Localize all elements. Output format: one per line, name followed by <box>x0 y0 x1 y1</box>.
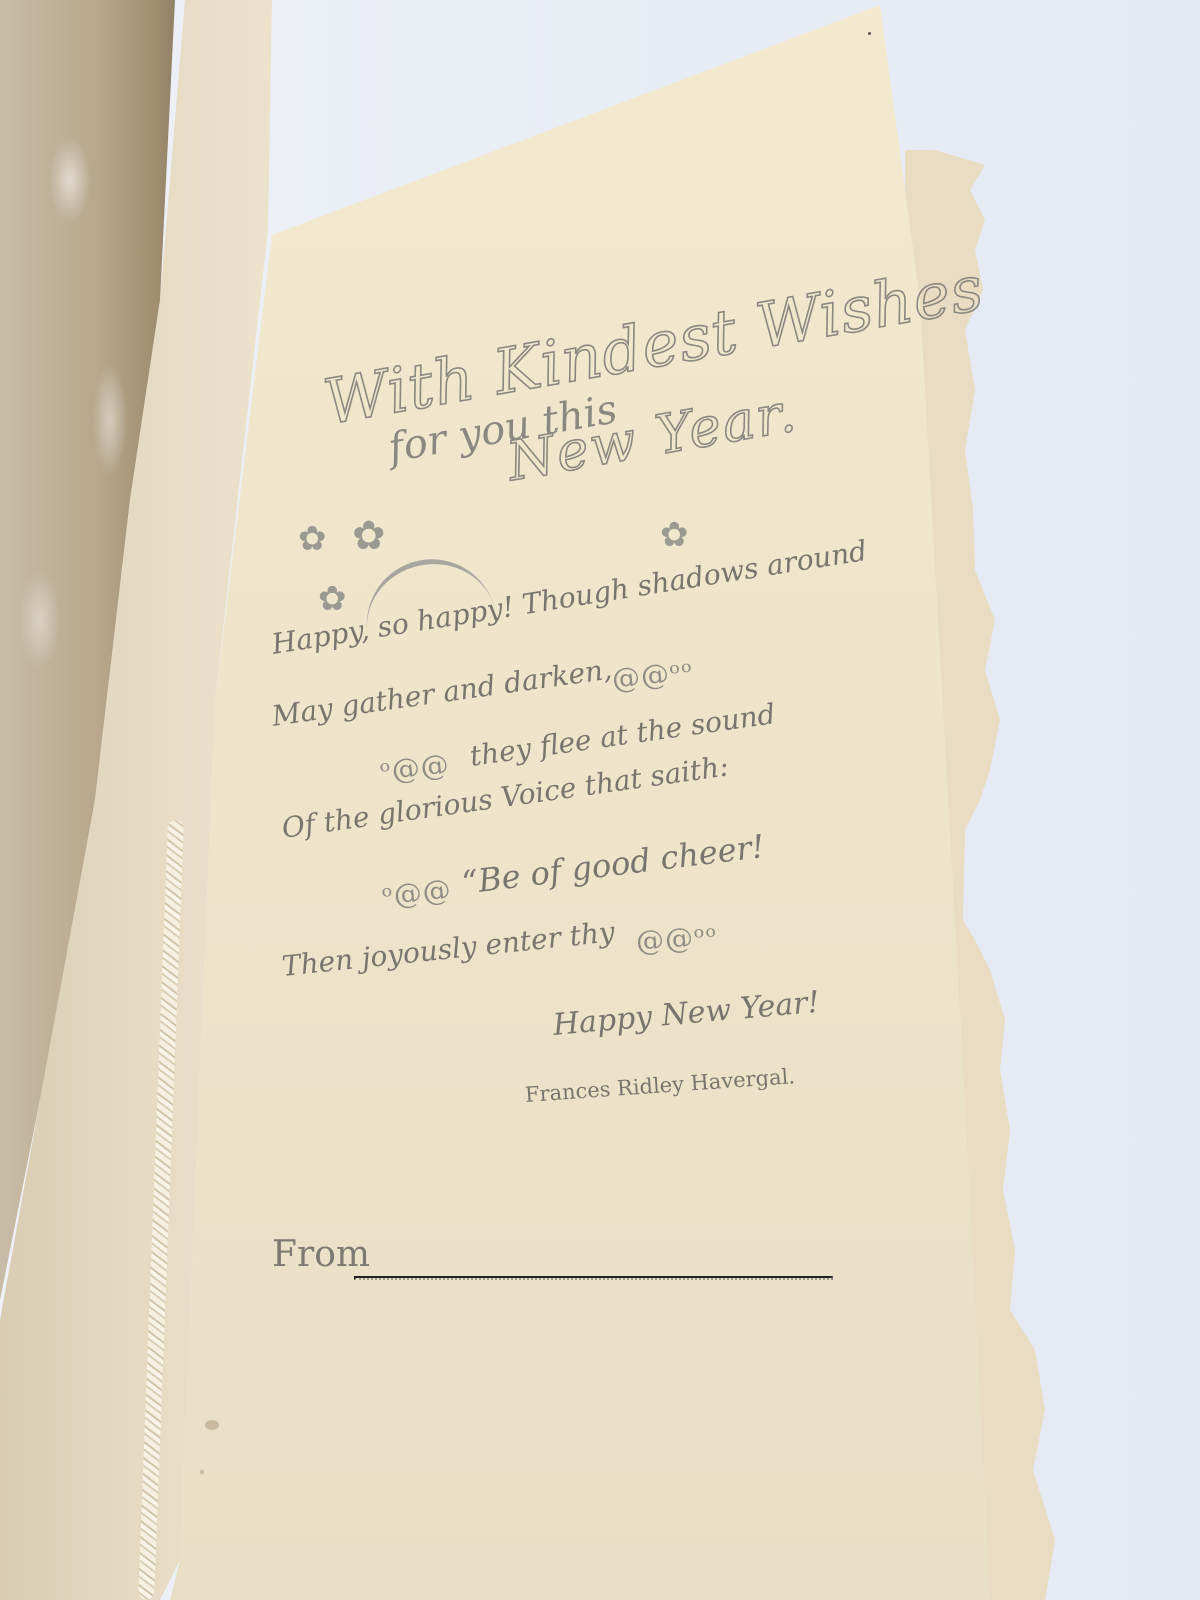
printed-content: With Kindest Wishes for you this New Yea… <box>0 0 1200 1600</box>
poem-line: Happy New Year! <box>551 985 820 1043</box>
photo-scene: With Kindest Wishes for you this New Yea… <box>0 0 1200 1600</box>
from-input[interactable] <box>354 1276 833 1280</box>
from-field-row: From <box>272 1232 832 1292</box>
poem-line: they flee at the sound <box>468 697 778 773</box>
poem-line: “Be of good cheer! <box>460 827 767 902</box>
from-label: From <box>272 1234 370 1275</box>
swirl-ornament-icon: ᵒ@@ <box>378 748 451 788</box>
poem-line: Then joyously enter thy <box>280 915 616 983</box>
poem-line: Happy, so happy! Though shadows around <box>269 534 869 661</box>
swirl-ornament-icon: @@ᵒᵒ <box>635 919 719 958</box>
author-signature: Frances Ridley Havergal. <box>524 1064 795 1107</box>
swirl-ornament-icon: @@ᵒᵒ <box>610 655 695 696</box>
poem: Happy, so happy! Though shadows around M… <box>0 0 1200 1600</box>
swirl-ornament-icon: ᵒ@@ <box>380 873 453 913</box>
poem-line: May gather and darken, <box>270 652 614 732</box>
